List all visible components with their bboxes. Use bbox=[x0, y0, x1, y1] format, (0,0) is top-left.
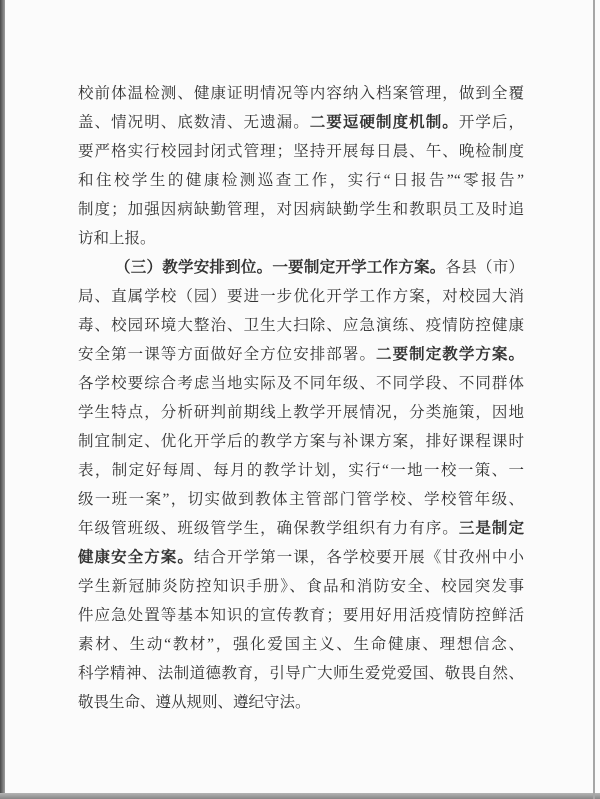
text-line: 制宜制定、优化开学后的教学方案与补课方案，排好课程课时 bbox=[78, 427, 524, 456]
text-segment: 敬畏生命、遵从规则、遵纪守法。 bbox=[78, 694, 311, 711]
text-segment: 件应急处置等基本知识的宣传教育；要用好用活疫情防控鲜活 bbox=[78, 607, 524, 624]
text-segment: 毒、校园环境大整治、卫生大扫除、应急演练、疫情防控健康 bbox=[78, 317, 524, 334]
text-line: 表，制定好每周、每月的教学计划，实行“一地一校一策、一 bbox=[78, 456, 524, 485]
text-line: 学生特点，分析研判前期线上教学开展情况，分类施策，因地 bbox=[78, 398, 524, 427]
text-segment: 级一班一案”，切实做到教体主管部门管学校、学校管年级、 bbox=[78, 491, 524, 508]
text-line: 科学精神、法制道德教育，引导广大师生爱党爱国、敬畏自然、 bbox=[78, 659, 524, 688]
text-line: 访和上报。 bbox=[78, 224, 524, 253]
text-line: 健康安全方案。结合开学第一课，各学校要开展《甘孜州中小 bbox=[78, 543, 524, 572]
text-segment: 年级管班级、班级管学生，确保教学组织有力有序。 bbox=[78, 520, 459, 537]
text-segment: 访和上报。 bbox=[78, 230, 156, 247]
text-line: 局、直属学校（园）要进一步优化开学工作方案，对校园大消 bbox=[78, 282, 524, 311]
text-segment: 表，制定好每周、每月的教学计划，实行“一地一校一策、一 bbox=[78, 462, 524, 479]
text-segment: 制度；加强因病缺勤管理，对因病缺勤学生和教职员工及时追 bbox=[78, 201, 524, 218]
document-text-block: 校前体温检测、健康证明情况等内容纳入档案管理，做到全覆盖、情况明、底数清、无遗漏… bbox=[78, 79, 524, 717]
text-line: 各学校要综合考虑当地实际及不同年级、不同学段、不同群体 bbox=[78, 369, 524, 398]
text-line: 学生新冠肺炎防控知识手册》、食品和消防安全、校园突发事 bbox=[78, 572, 524, 601]
bold-text-segment: （三）教学安排到位。一要制定开学工作方案。 bbox=[115, 259, 446, 276]
text-segment: 安全第一课等方面做好全方位安排部署。 bbox=[78, 346, 376, 363]
text-line: 要严格实行校园封闭式管理；坚持开展每日晨、午、晚检制度 bbox=[78, 137, 524, 166]
text-line: 年级管班级、班级管学生，确保教学组织有力有序。三是制定 bbox=[78, 514, 524, 543]
text-segment: 和住校学生的健康检测巡查工作，实行“日报告”“零报告” bbox=[78, 172, 524, 189]
page-left-edge-shadow bbox=[0, 0, 5, 799]
text-segment: 各县（市） bbox=[446, 259, 524, 276]
text-segment: 学生新冠肺炎防控知识手册》、食品和消防安全、校园突发事 bbox=[78, 578, 524, 595]
text-segment: 素材、生动“教材”，强化爱国主义、生命健康、理想信念、 bbox=[78, 636, 524, 653]
text-segment: 开学后， bbox=[459, 114, 524, 131]
text-line: 件应急处置等基本知识的宣传教育；要用好用活疫情防控鲜活 bbox=[78, 601, 524, 630]
scanned-document-page: 校前体温检测、健康证明情况等内容纳入档案管理，做到全覆盖、情况明、底数清、无遗漏… bbox=[0, 0, 600, 799]
text-line: 制度；加强因病缺勤管理，对因病缺勤学生和教职员工及时追 bbox=[78, 195, 524, 224]
text-line: 敬畏生命、遵从规则、遵纪守法。 bbox=[78, 688, 524, 717]
text-segment: 科学精神、法制道德教育，引导广大师生爱党爱国、敬畏自然、 bbox=[78, 665, 524, 682]
page-bottom-edge-shadow bbox=[0, 793, 600, 799]
text-segment: 校前体温检测、健康证明情况等内容纳入档案管理，做到全覆 bbox=[78, 85, 524, 102]
bold-text-segment: 二要逗硬制度机制。 bbox=[310, 114, 459, 131]
text-line: 级一班一案”，切实做到教体主管部门管学校、学校管年级、 bbox=[78, 485, 524, 514]
bold-text-segment: 二要制定教学方案。 bbox=[376, 346, 524, 363]
text-line: 和住校学生的健康检测巡查工作，实行“日报告”“零报告” bbox=[78, 166, 524, 195]
text-segment: 制宜制定、优化开学后的教学方案与补课方案，排好课程课时 bbox=[78, 433, 524, 450]
text-line: 安全第一课等方面做好全方位安排部署。二要制定教学方案。 bbox=[78, 340, 524, 369]
text-line: 素材、生动“教材”，强化爱国主义、生命健康、理想信念、 bbox=[78, 630, 524, 659]
text-line: 盖、情况明、底数清、无遗漏。二要逗硬制度机制。开学后， bbox=[78, 108, 524, 137]
text-line: 毒、校园环境大整治、卫生大扫除、应急演练、疫情防控健康 bbox=[78, 311, 524, 340]
text-segment: 盖、情况明、底数清、无遗漏。 bbox=[78, 114, 310, 131]
text-segment: 结合开学第一课，各学校要开展《甘孜州中小 bbox=[194, 549, 524, 566]
text-line: （三）教学安排到位。一要制定开学工作方案。各县（市） bbox=[78, 253, 524, 282]
text-line: 校前体温检测、健康证明情况等内容纳入档案管理，做到全覆 bbox=[78, 79, 524, 108]
bold-text-segment: 健康安全方案。 bbox=[78, 549, 194, 566]
text-segment: 各学校要综合考虑当地实际及不同年级、不同学段、不同群体 bbox=[78, 375, 524, 392]
text-segment: 学生特点，分析研判前期线上教学开展情况，分类施策，因地 bbox=[78, 404, 524, 421]
bold-text-segment: 三是制定 bbox=[459, 520, 524, 537]
text-segment: 局、直属学校（园）要进一步优化开学工作方案，对校园大消 bbox=[78, 288, 524, 305]
page-right-edge-line bbox=[593, 0, 595, 799]
text-segment: 要严格实行校园封闭式管理；坚持开展每日晨、午、晚检制度 bbox=[78, 143, 524, 160]
